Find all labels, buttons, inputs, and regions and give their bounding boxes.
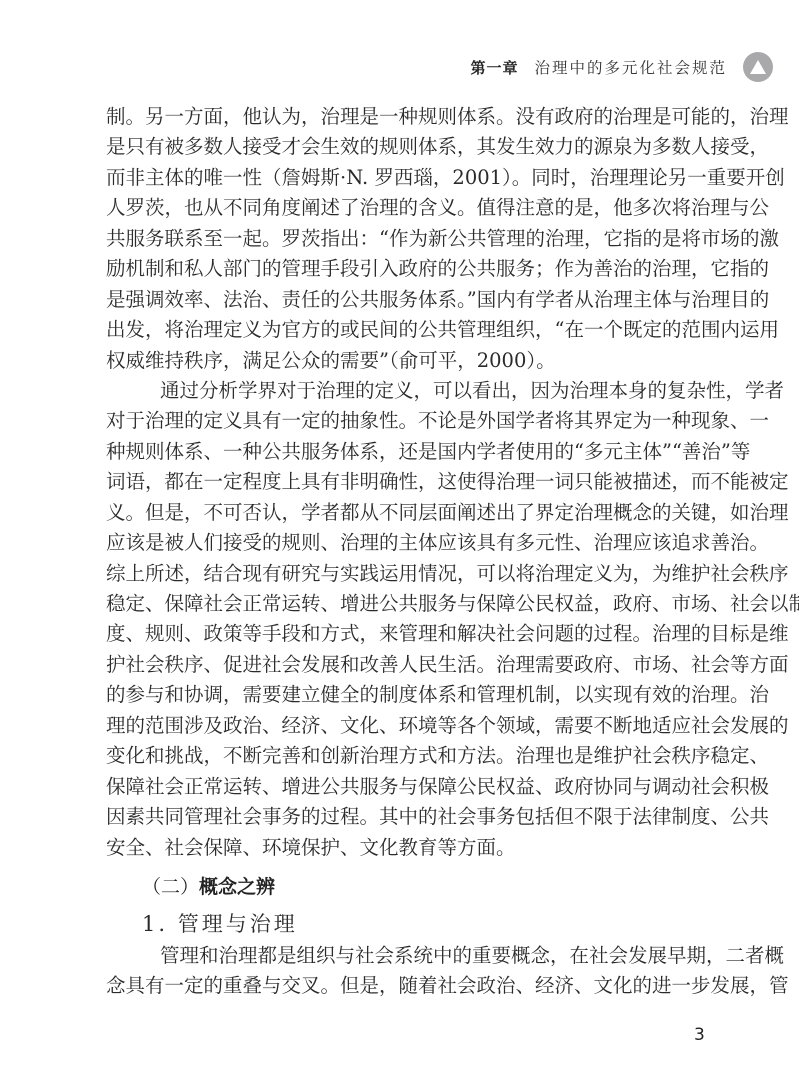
text-line: 护社会秩序、促进社会发展和改善人民生活。治理需要政府、市场、社会等方面 [106,650,710,680]
page-number: 3 [694,1025,705,1045]
chapter-title: 治理中的多元化社会规范 [534,56,727,78]
text-line: 因素共同管理社会事务的过程。其中的社会事务包括但不限于法律制度、公共 [106,802,710,832]
text-line: 对于治理的定义具有一定的抽象性。不论是外国学者将其界定为一种现象、一 [106,406,710,436]
text-line: 安全、社会保障、环境保护、文化教育等方面。 [106,833,710,863]
text-line: 理的范围涉及政治、经济、文化、环境等各个领域，需要不断地适应社会发展的 [106,711,710,741]
section-heading: （二）概念之辨 [106,867,710,907]
text-line: 权威维持秩序，满足公众的需要”（俞可平，2000）。 [106,346,710,376]
paragraph-2: 通过分析学界对于治理的定义，可以看出，因为治理本身的复杂性，学者 对于治理的定义… [106,376,710,863]
chapter-label: 第一章 [470,57,518,78]
text-line: 稳定、保障社会正常运转、增进公共服务与保障公民权益，政府、市场、社会以制 [106,589,710,619]
text-line: 念具有一定的重叠与交叉。但是，随着社会政治、经济、文化的进一步发展，管 [106,971,710,1001]
text-line: 出发，将治理定义为官方的或民间的公共管理组织，“在一个既定的范围内运用 [106,315,710,345]
text-line: 义。但是，不可否认，学者都从不同层面阐述出了界定治理概念的关键，如治理 [106,498,710,528]
text-line: 的参与和协调，需要建立健全的制度体系和管理机制，以实现有效的治理。治 [106,680,710,710]
text-line: 是只有被多数人接受才会生效的规则体系，其发生效力的源泉为多数人接受， [106,132,710,162]
paragraph-3: 管理和治理都是组织与社会系统中的重要概念，在社会发展早期，二者概 念具有一定的重… [106,941,710,1002]
text-line: 人罗茨，也从不同角度阐述了治理的含义。值得注意的是，他多次将治理与公 [106,193,710,223]
text-line: 励机制和私人部门的管理手段引入政府的公共服务；作为善治的治理，它指的 [106,254,710,284]
text-line: 保障社会正常运转、增进公共服务与保障公民权益、政府协同与调动社会积极 [106,772,710,802]
text-line: 综上所述，结合现有研究与实践运用情况，可以将治理定义为，为维护社会秩序 [106,559,710,589]
text-line: 管理和治理都是组织与社会系统中的重要概念，在社会发展早期，二者概 [106,941,710,971]
running-header: 第一章 治理中的多元化社会规范 [470,52,727,82]
triangle-up-icon [743,52,773,82]
section-number: （二） [142,876,199,898]
text-line: 应该是被人们接受的规则、治理的主体应该具有多元性、治理应该追求善治。 [106,528,710,558]
text-line: 词语，都在一定程度上具有非明确性，这使得治理一词只能被描述，而不能被定 [106,467,710,497]
text-line: 共服务联系至一起。罗茨指出：“作为新公共管理的治理，它指的是将市场的激 [106,224,710,254]
page-body: 制。另一方面，他认为，治理是一种规则体系。没有政府的治理是可能的，治理 是只有被… [106,102,710,1002]
paragraph-1: 制。另一方面，他认为，治理是一种规则体系。没有政府的治理是可能的，治理 是只有被… [106,102,710,376]
text-line: 是强调效率、法治、责任的公共服务体系。”国内有学者从治理主体与治理目的 [106,285,710,315]
section-title: 概念之辨 [199,876,275,898]
text-line: 种规则体系、一种公共服务体系，还是国内学者使用的“多元主体”“善治”等 [106,437,710,467]
text-line: 变化和挑战，不断完善和创新治理方式和方法。治理也是维护社会秩序稳定、 [106,741,710,771]
sub-heading: 1. 管理与治理 [106,907,710,941]
text-line: 度、规则、政策等手段和方式，来管理和解决社会问题的过程。治理的目标是维 [106,619,710,649]
text-line: 制。另一方面，他认为，治理是一种规则体系。没有政府的治理是可能的，治理 [106,102,710,132]
text-line: 而非主体的唯一性（詹姆斯·N. 罗西瑙，2001）。同时，治理理论另一重要开创 [106,163,710,193]
text-line: 通过分析学界对于治理的定义，可以看出，因为治理本身的复杂性，学者 [106,376,710,406]
